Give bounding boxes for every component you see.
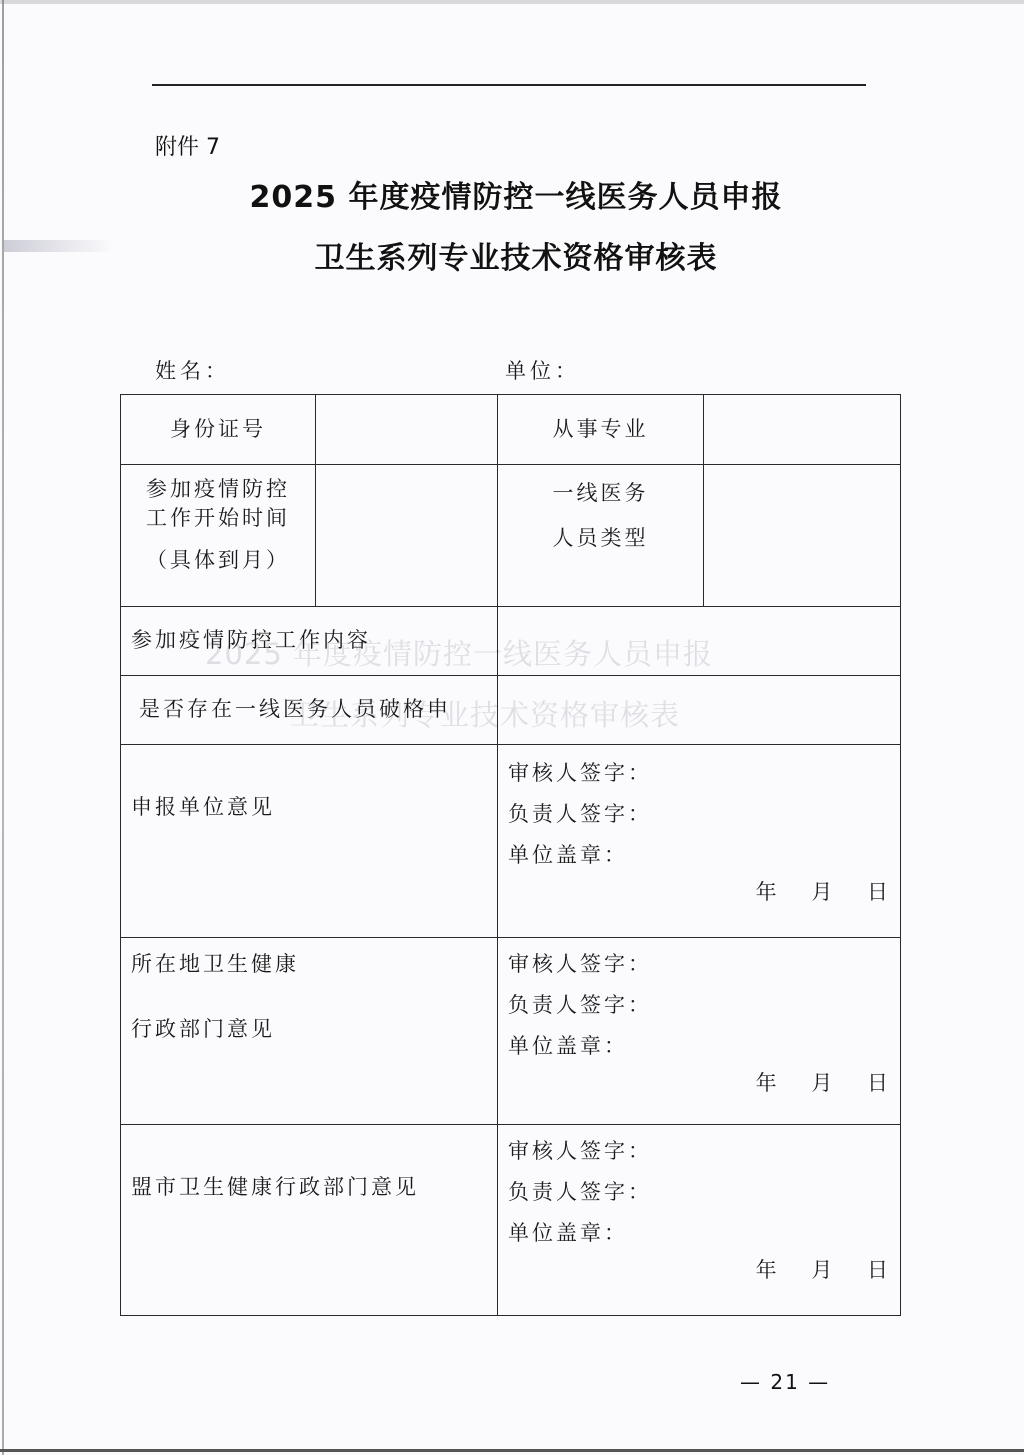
staff-type-label: 一线医务 人员类型: [498, 465, 704, 607]
date-line: 年 月 日: [728, 1256, 888, 1285]
applicant-unit-opinion-text: 申报单位意见: [131, 795, 275, 819]
staff-type-label-line-1: 一线医务: [498, 479, 703, 508]
table-row-exception: 是否存在一线医务人员破格申: [121, 676, 901, 745]
date-line: 年 月 日: [728, 1069, 888, 1098]
leader-signature-label: 负责人签字：: [508, 1172, 652, 1213]
approval-row-league-city-health-dept: 盟市卫生健康行政部门意见 审核人签字： 负责人签字： 单位盖章： 年 月 日: [121, 1125, 901, 1316]
league-city-health-dept-opinion-label: 盟市卫生健康行政部门意见: [121, 1125, 498, 1316]
leader-signature-label: 负责人签字：: [508, 985, 652, 1026]
id-number-field[interactable]: [316, 395, 498, 465]
date-year: 年: [756, 878, 777, 907]
local-health-dept-opinion-line-2: 行政部门意见: [131, 1015, 497, 1044]
local-health-dept-signature-area[interactable]: 审核人签字： 负责人签字： 单位盖章： 年 月 日: [498, 938, 901, 1125]
specialty-label: 从事专业: [498, 395, 704, 465]
date-year: 年: [756, 1069, 777, 1098]
date-day: 日: [867, 878, 888, 907]
exception-label: 是否存在一线医务人员破格申: [121, 676, 498, 745]
local-health-dept-opinion-label: 所在地卫生健康 行政部门意见: [121, 938, 498, 1125]
page-number: — 21 —: [740, 1370, 830, 1394]
scan-edge-top: [0, 0, 1024, 4]
id-number-label: 身份证号: [121, 395, 316, 465]
staff-type-field[interactable]: [704, 465, 901, 607]
approval-row-applicant-unit: 申报单位意见 审核人签字： 负责人签字： 单位盖章： 年 月 日: [121, 745, 901, 938]
league-city-health-dept-signature-area[interactable]: 审核人签字： 负责人签字： 单位盖章： 年 月 日: [498, 1125, 901, 1316]
specialty-field[interactable]: [704, 395, 901, 465]
table-row-id: 身份证号 从事专业: [121, 395, 901, 465]
scan-edge-left: [2, 0, 4, 1455]
applicant-unit-opinion-label: 申报单位意见: [121, 745, 498, 938]
header-rule: [152, 84, 866, 86]
date-year: 年: [756, 1256, 777, 1285]
approval-row-local-health-dept: 所在地卫生健康 行政部门意见 审核人签字： 负责人签字： 单位盖章： 年 月 日: [121, 938, 901, 1125]
start-time-label: 参加疫情防控 工作开始时间 （具体到月）: [121, 465, 316, 607]
date-month: 月: [811, 1069, 832, 1098]
work-content-label: 参加疫情防控工作内容: [121, 607, 498, 676]
scan-edge-bottom: [0, 1449, 1024, 1452]
table-row-start-time: 参加疫情防控 工作开始时间 （具体到月） 一线医务 人员类型: [121, 465, 901, 607]
name-label: 姓名：: [155, 355, 230, 385]
unit-seal-label: 单位盖章：: [508, 835, 652, 876]
unit-seal-label: 单位盖章：: [508, 1026, 652, 1067]
document-title-line-1: 2025 年度疫情防控一线医务人员申报: [4, 172, 1024, 216]
date-month: 月: [811, 878, 832, 907]
unit-label: 单位：: [505, 355, 580, 385]
local-health-dept-opinion-line-1: 所在地卫生健康: [131, 950, 497, 979]
table-row-work-content: 参加疫情防控工作内容: [121, 607, 901, 676]
staff-type-label-line-2: 人员类型: [498, 524, 703, 553]
start-time-field[interactable]: [316, 465, 498, 607]
start-time-label-line-1: 参加疫情防控: [121, 475, 315, 504]
leader-signature-label: 负责人签字：: [508, 794, 652, 835]
review-form-table: 身份证号 从事专业 参加疫情防控 工作开始时间 （具体到月） 一线医务 人员类型…: [120, 394, 901, 1316]
reviewer-signature-label: 审核人签字：: [508, 1131, 652, 1172]
date-line: 年 月 日: [728, 878, 888, 907]
exception-field[interactable]: [498, 676, 901, 745]
unit-seal-label: 单位盖章：: [508, 1213, 652, 1254]
date-month: 月: [811, 1256, 832, 1285]
document-title-line-2: 卫生系列专业技术资格审核表: [4, 233, 1024, 277]
applicant-unit-signature-area[interactable]: 审核人签字： 负责人签字： 单位盖章： 年 月 日: [498, 745, 901, 938]
date-day: 日: [867, 1256, 888, 1285]
start-time-label-line-3: （具体到月）: [121, 546, 315, 575]
reviewer-signature-label: 审核人签字：: [508, 944, 652, 985]
attachment-label: 附件 7: [155, 130, 220, 161]
start-time-label-line-2: 工作开始时间: [121, 504, 315, 533]
date-day: 日: [867, 1069, 888, 1098]
work-content-field[interactable]: [498, 607, 901, 676]
reviewer-signature-label: 审核人签字：: [508, 753, 652, 794]
league-city-health-dept-opinion-text: 盟市卫生健康行政部门意见: [131, 1175, 419, 1199]
